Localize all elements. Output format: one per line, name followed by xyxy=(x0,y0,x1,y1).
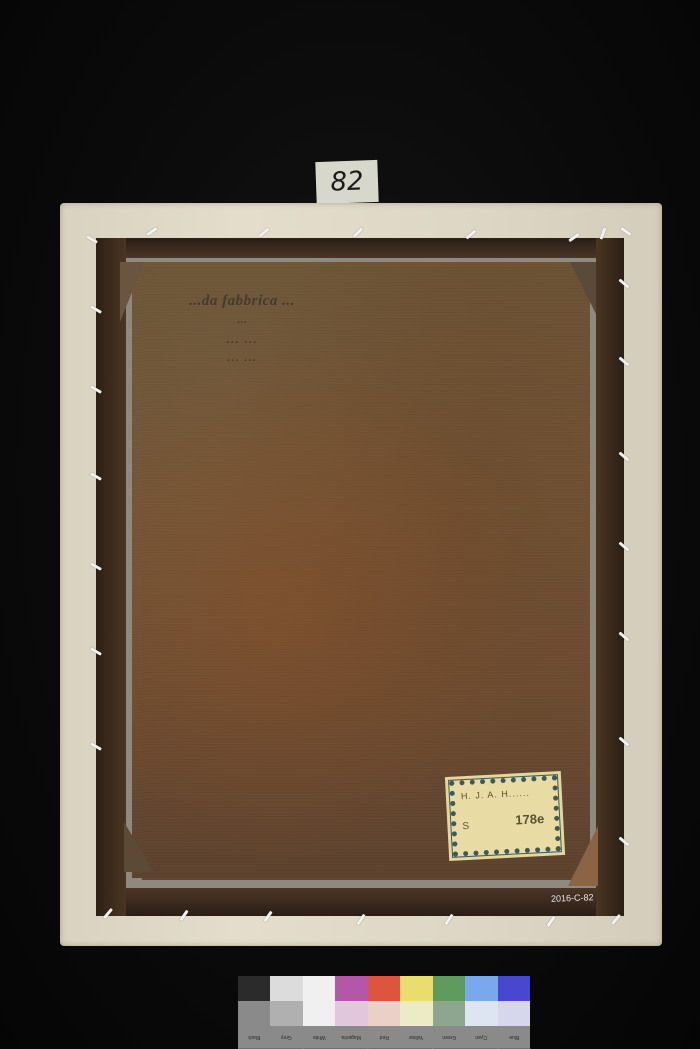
inscription-line: ...da fabbrica ... xyxy=(142,292,342,311)
sticker-line-2: S xyxy=(462,821,469,832)
color-label: Yellow xyxy=(400,1026,432,1049)
color-patch-white xyxy=(303,976,335,1026)
color-label: Green xyxy=(433,1026,465,1049)
color-patch-red xyxy=(368,976,400,1026)
inscription-line: ... ... xyxy=(142,349,342,368)
color-patch-magenta xyxy=(335,976,367,1026)
corner-key-bottom-right xyxy=(568,826,598,886)
color-patch-blue xyxy=(498,976,530,1026)
sticker-line-1: H. J. A. H...... xyxy=(461,788,530,802)
color-patch-grey xyxy=(270,976,302,1026)
color-patch-yellow xyxy=(400,976,432,1026)
inventory-number: 2016-C-82 xyxy=(551,892,594,903)
collection-label-sticker: H. J. A. H...... S 178e xyxy=(445,771,565,861)
color-patch-black xyxy=(238,976,270,1026)
number-tag-text: 82 xyxy=(330,166,364,197)
inscription-line: ... ... xyxy=(142,330,342,349)
color-label: Magenta xyxy=(335,1026,367,1049)
color-label: White xyxy=(303,1026,335,1049)
stencil-inscription: ...da fabbrica ... ... ... ... ... ... xyxy=(142,292,342,368)
color-label: Blue xyxy=(498,1026,530,1049)
number-tag: 82 xyxy=(315,160,378,204)
stretcher-bar-right xyxy=(596,238,624,916)
stretcher-bar-bottom xyxy=(96,888,624,916)
corner-key-bottom-left xyxy=(124,822,154,872)
stretcher-bar-left xyxy=(96,238,126,916)
color-label: Black xyxy=(238,1026,270,1049)
color-reference-chart: Black Grey White Magenta Red Yellow Gree… xyxy=(238,976,530,1049)
stretcher-bar-top xyxy=(96,238,624,258)
color-patch-cyan xyxy=(465,976,497,1026)
color-patch-green xyxy=(433,976,465,1026)
color-label: Red xyxy=(368,1026,400,1049)
corner-key-top-right xyxy=(570,262,596,314)
inscription-line: ... xyxy=(142,311,342,330)
corner-key-top-left xyxy=(120,262,144,322)
color-label: Cyan xyxy=(465,1026,497,1049)
color-label: Grey xyxy=(270,1026,302,1049)
sticker-line-3: 178e xyxy=(515,811,545,827)
